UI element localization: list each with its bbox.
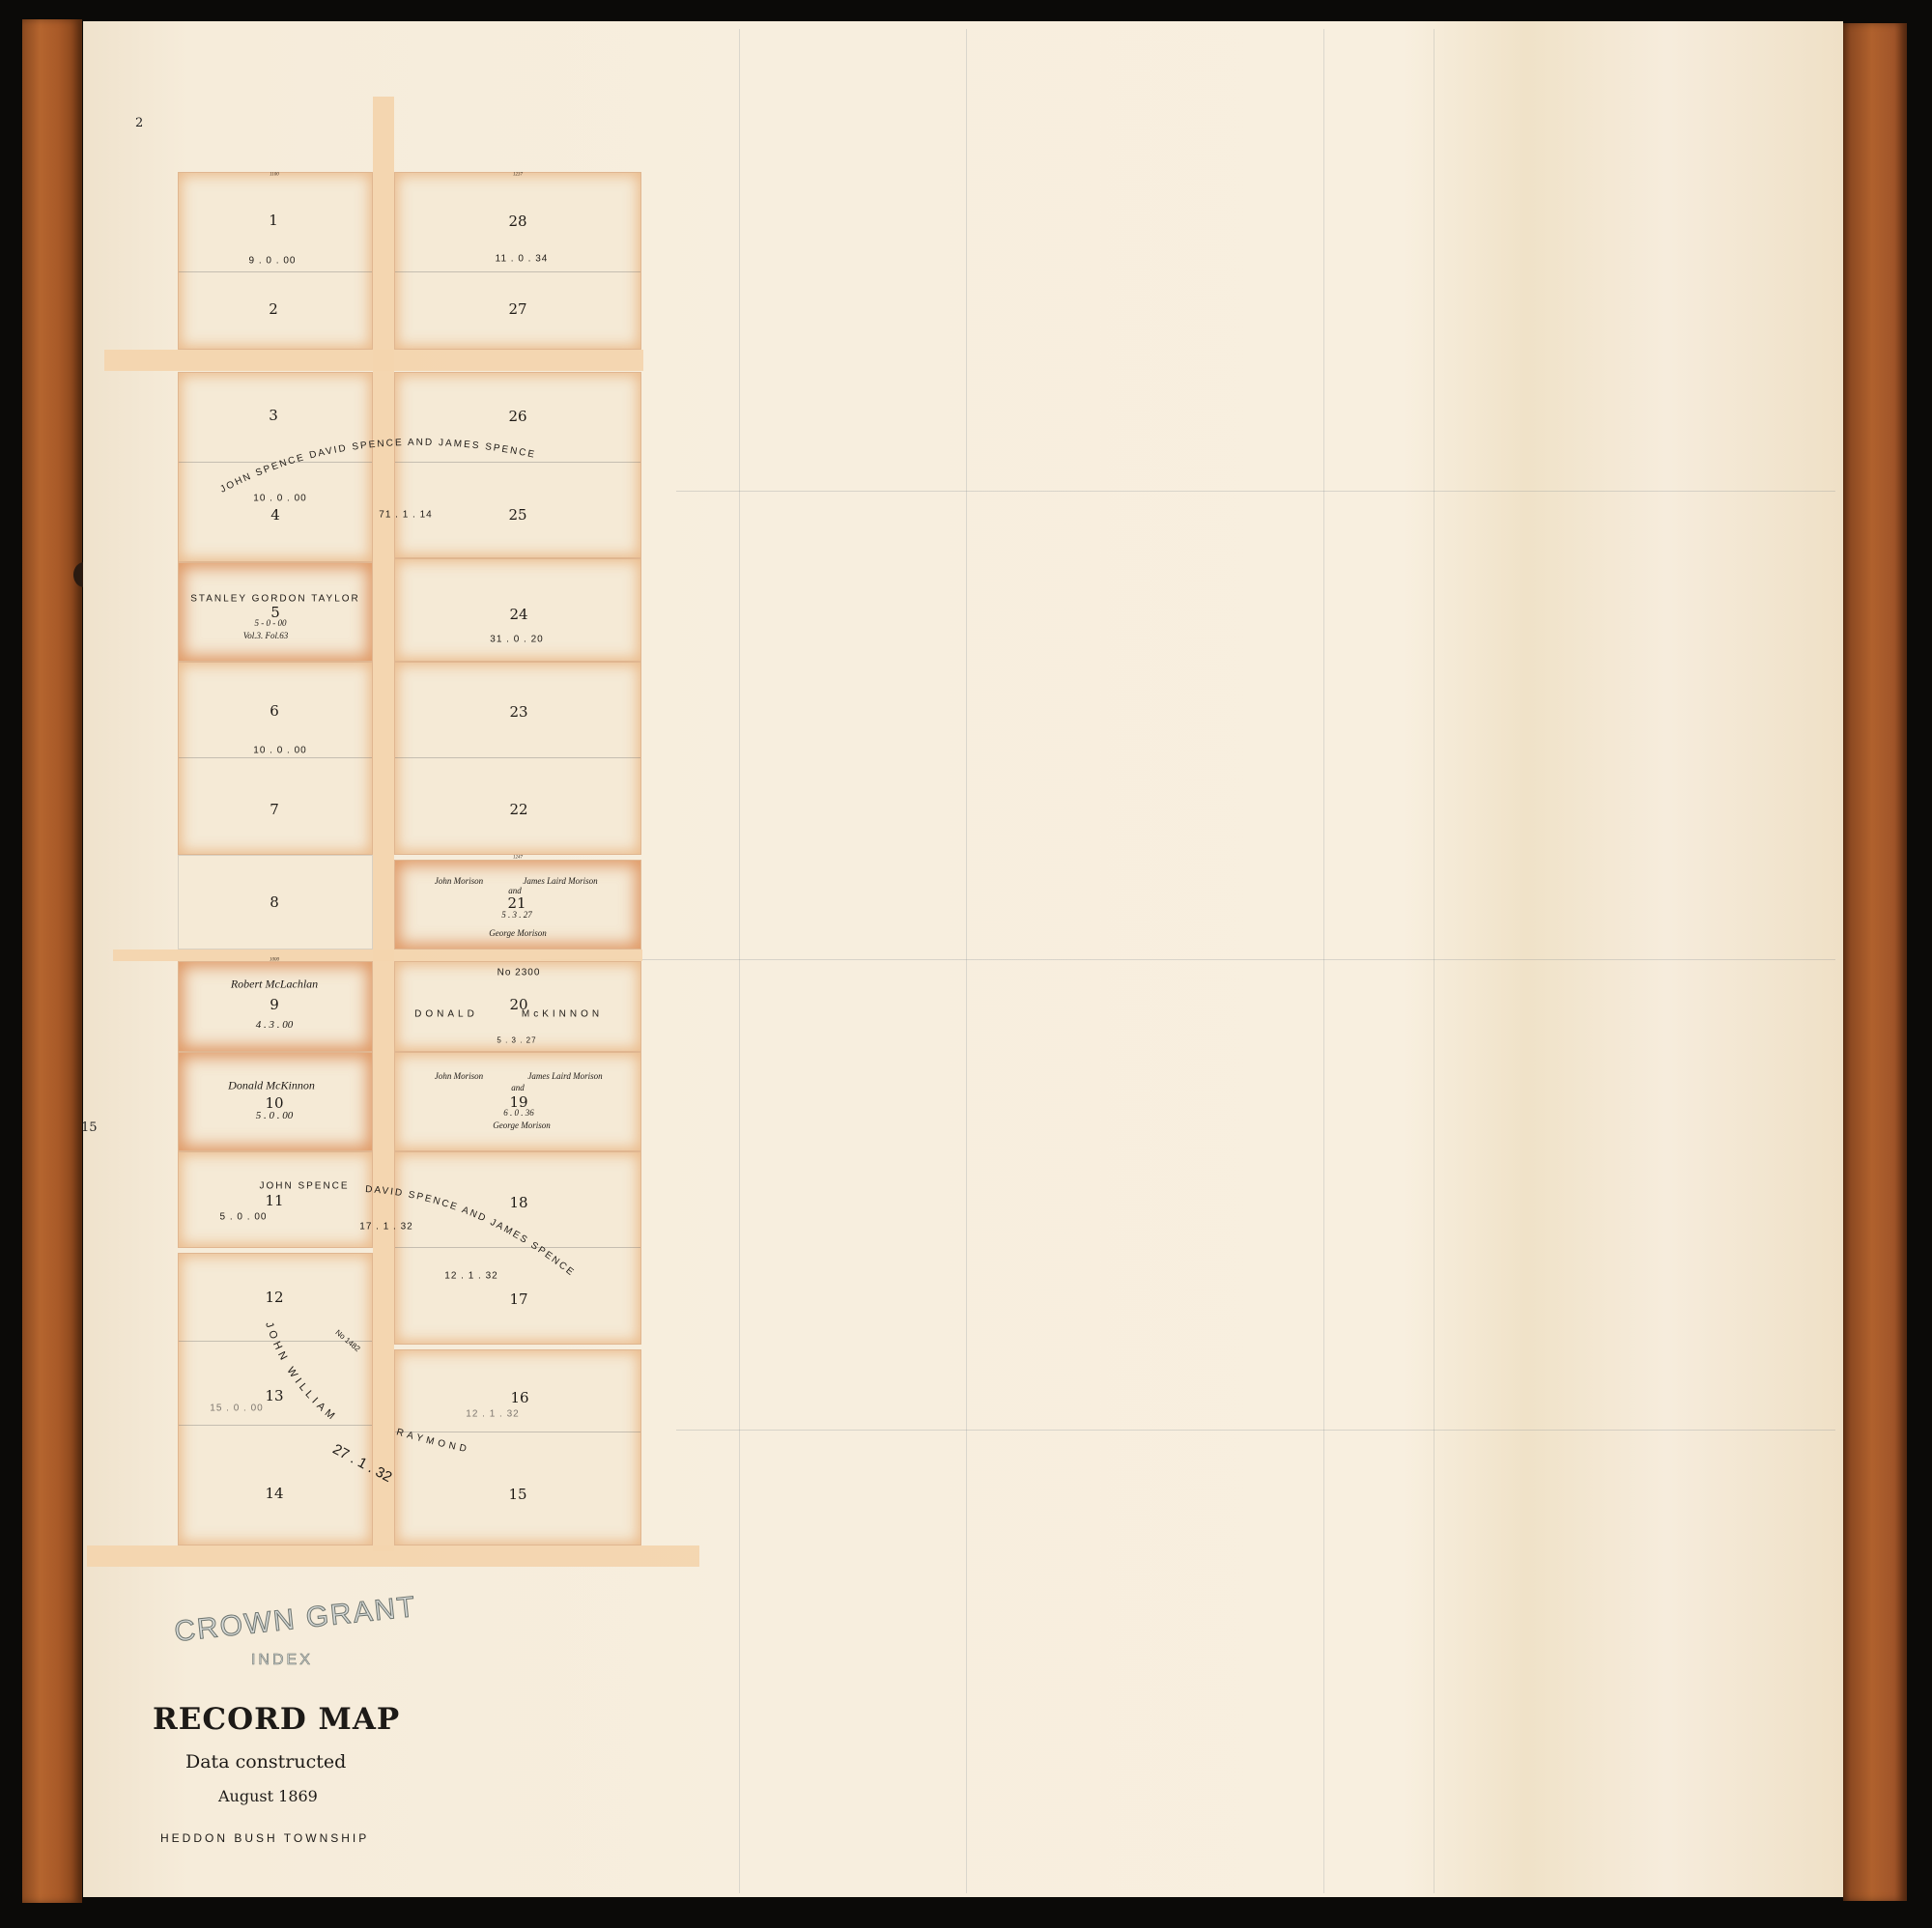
grant-spence-south-john: JOHN SPENCE <box>259 1181 349 1192</box>
parcel-number-27: 27 <box>508 300 526 318</box>
pencil-gridline <box>676 491 1835 492</box>
parcel-area-9: 4 . 3 . 00 <box>256 1019 294 1031</box>
chain-measurement: 1000 <box>270 958 279 963</box>
parcel-number-17: 17 <box>509 1290 527 1308</box>
parcel-area-20: 5 . 3 . 27 <box>497 1036 536 1045</box>
grant-spence-north-arc: JOHN SPENCE DAVID SPENCE AND JAMES SPENC… <box>193 425 580 512</box>
pencil-gridline <box>1434 29 1435 1893</box>
grant-spence-north-total: 71 . 1 . 14 <box>379 510 432 521</box>
grant-number-2300: No 2300 <box>497 968 541 978</box>
parcel-number-11: 11 <box>265 1192 283 1209</box>
title-record-map: RECORD MAP <box>153 1702 400 1737</box>
parcel-area-6: 10 . 0 . 00 <box>253 746 306 756</box>
pencil-gridline <box>1323 29 1324 1893</box>
parcel-number-3: 3 <box>269 407 278 424</box>
parcel-owner-20-first: DONALD <box>414 1009 478 1020</box>
parcel-owner-10: Donald McKinnon <box>228 1079 315 1093</box>
title-data-constructed: Data constructed <box>185 1751 346 1772</box>
parcel-owner-21-john: John Morison <box>435 876 483 886</box>
grant-spence-south-total: 17 . 1 . 32 <box>359 1222 412 1233</box>
parcel-number-9: 9 <box>270 996 279 1013</box>
parcel-area-1: 9 . 0 . 00 <box>249 256 297 267</box>
grant-raymond-last: RAYMOND <box>395 1427 471 1455</box>
parcel-number-24: 24 <box>509 606 527 623</box>
road-north <box>104 350 643 371</box>
svg-text:RAYMOND: RAYMOND <box>395 1427 471 1455</box>
parcel-divider <box>179 271 372 272</box>
parcel-number-26: 26 <box>508 408 526 425</box>
parcel-divider <box>395 271 640 272</box>
sheet-side-mark: 15 <box>81 1120 98 1135</box>
parcel-area-24: 31 . 0 . 20 <box>490 635 543 645</box>
pencil-gridline <box>541 959 1835 960</box>
parcel-6-7[interactable] <box>178 662 373 855</box>
right-wood-frame <box>1843 23 1907 1901</box>
parcel-number-8: 8 <box>270 893 279 911</box>
parcel-number-7: 7 <box>270 801 279 818</box>
parcel-area-5: 5 - 0 - 00 <box>255 618 287 628</box>
parcel-owner-9: Robert McLachlan <box>231 978 318 992</box>
parcel-divider <box>395 757 640 758</box>
parcel-number-14: 14 <box>265 1485 283 1502</box>
pencil-gridline <box>676 1430 1835 1431</box>
parcel-number-22: 22 <box>509 801 527 818</box>
parcel-23-22[interactable] <box>394 662 641 855</box>
parcel-area-11: 5 . 0 . 00 <box>220 1212 268 1223</box>
pencil-gridline <box>739 29 740 1893</box>
parcel-owner-19-john: John Morison <box>435 1071 483 1081</box>
parcel-owner-21-james: James Laird Morison <box>523 876 597 886</box>
road-south <box>87 1545 699 1567</box>
grant-raymond-arc: JOHN WILLIAM RAYMOND <box>251 1314 522 1478</box>
parcel-number-23: 23 <box>509 703 527 721</box>
parcel-number-12: 12 <box>265 1289 283 1306</box>
grant-spence-north-owners: JOHN SPENCE DAVID SPENCE AND JAMES SPENC… <box>218 438 537 496</box>
grant-raymond-first: JOHN WILLIAM <box>263 1320 339 1424</box>
title-township: HEDDON BUSH TOWNSHIP <box>160 1831 369 1845</box>
title-index: INDEX <box>251 1652 313 1669</box>
parcel-number-15: 15 <box>508 1486 526 1503</box>
svg-text:JOHN WILLIAM: JOHN WILLIAM <box>263 1320 339 1424</box>
parcel-owner-5: STANLEY GORDON TAYLOR <box>190 594 360 605</box>
parcel-owner-19-and: and <box>511 1083 525 1092</box>
title-date: August 1869 <box>218 1787 318 1805</box>
parcel-number-1: 1 <box>269 212 278 229</box>
chain-measurement: 1237 <box>513 173 523 178</box>
parcel-number-6: 6 <box>270 702 279 720</box>
parcel-area-10: 5 . 0 . 00 <box>256 1110 294 1121</box>
chain-measurement: 1247 <box>513 856 523 861</box>
parcel-folio-5: Vol.3. Fol.63 <box>243 631 289 640</box>
pencil-gridline <box>966 29 967 1893</box>
chain-measurement: 1100 <box>270 173 279 178</box>
parcel-owner-21-george: George Morison <box>489 928 546 938</box>
parcel-owner-20-last: McKINNON <box>522 1009 603 1020</box>
svg-text:JOHN SPENCE DAVID SPENCE AND: JOHN SPENCE DAVID SPENCE AND JAMES SPENC… <box>218 438 537 496</box>
parcel-number-28: 28 <box>508 213 526 230</box>
sheet-number-mark: 2 <box>135 116 143 130</box>
left-wood-frame <box>22 19 82 1903</box>
parcel-owner-19-george: George Morison <box>493 1120 550 1130</box>
parcel-divider <box>179 757 372 758</box>
parcel-area-28: 11 . 0 . 34 <box>496 254 549 265</box>
parcel-owner-19-james: James Laird Morison <box>527 1071 602 1081</box>
parcel-area-19: 6 . 0 . 36 <box>503 1108 534 1118</box>
parcel-number-2: 2 <box>269 300 278 318</box>
road-middle <box>113 950 642 961</box>
parcel-area-21: 5 . 3 . 27 <box>501 910 532 920</box>
